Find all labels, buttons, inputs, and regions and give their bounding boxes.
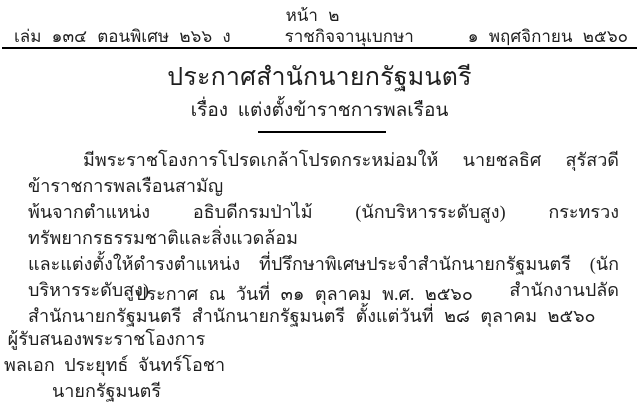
issued-date-line: ประกาศ ณ วันที่ ๓๑ ตุลาคม พ.ศ. ๒๕๖๐	[135, 279, 473, 308]
countersignature-name: พลเอก ประยุทธ์ จันทร์โอชา	[4, 352, 209, 378]
subject-divider-rule	[258, 131, 386, 133]
gazette-name-label: ราชกิจจานุเบกษา	[285, 23, 414, 50]
volume-issue-label: เล่ม ๑๓๔ ตอนพิเศษ ๒๖๖ ง	[14, 23, 231, 50]
gazette-header: เล่ม ๑๓๔ ตอนพิเศษ ๒๖๖ ง ราชกิจจานุเบกษา …	[14, 23, 628, 50]
gazette-page: หน้า ๒ เล่ม ๑๓๔ ตอนพิเศษ ๒๖๖ ง ราชกิจจาน…	[0, 0, 639, 413]
countersignature-heading: ผู้รับสนองพระราชโองการ	[4, 326, 209, 352]
body-line: มีพระราชโองการโปรดเกล้าโปรดกระหม่อมให้ น…	[28, 147, 619, 199]
countersignature-position: นายกรัฐมนตรี	[4, 378, 209, 404]
announcement-subject: เรื่อง แต่งตั้งข้าราชการพลเรือน	[0, 95, 639, 125]
announcement-title: ประกาศสำนักนายกรัฐมนตรี	[0, 57, 639, 97]
body-line: พ้นจากตำแหน่ง อธิบดีกรมป่าไม้ (นักบริหาร…	[28, 199, 619, 251]
publication-date-label: ๑ พฤศจิกายน ๒๕๖๐	[468, 23, 628, 50]
countersignature-block: ผู้รับสนองพระราชโองการ พลเอก ประยุทธ์ จั…	[4, 326, 209, 404]
header-divider-rule	[2, 47, 637, 49]
